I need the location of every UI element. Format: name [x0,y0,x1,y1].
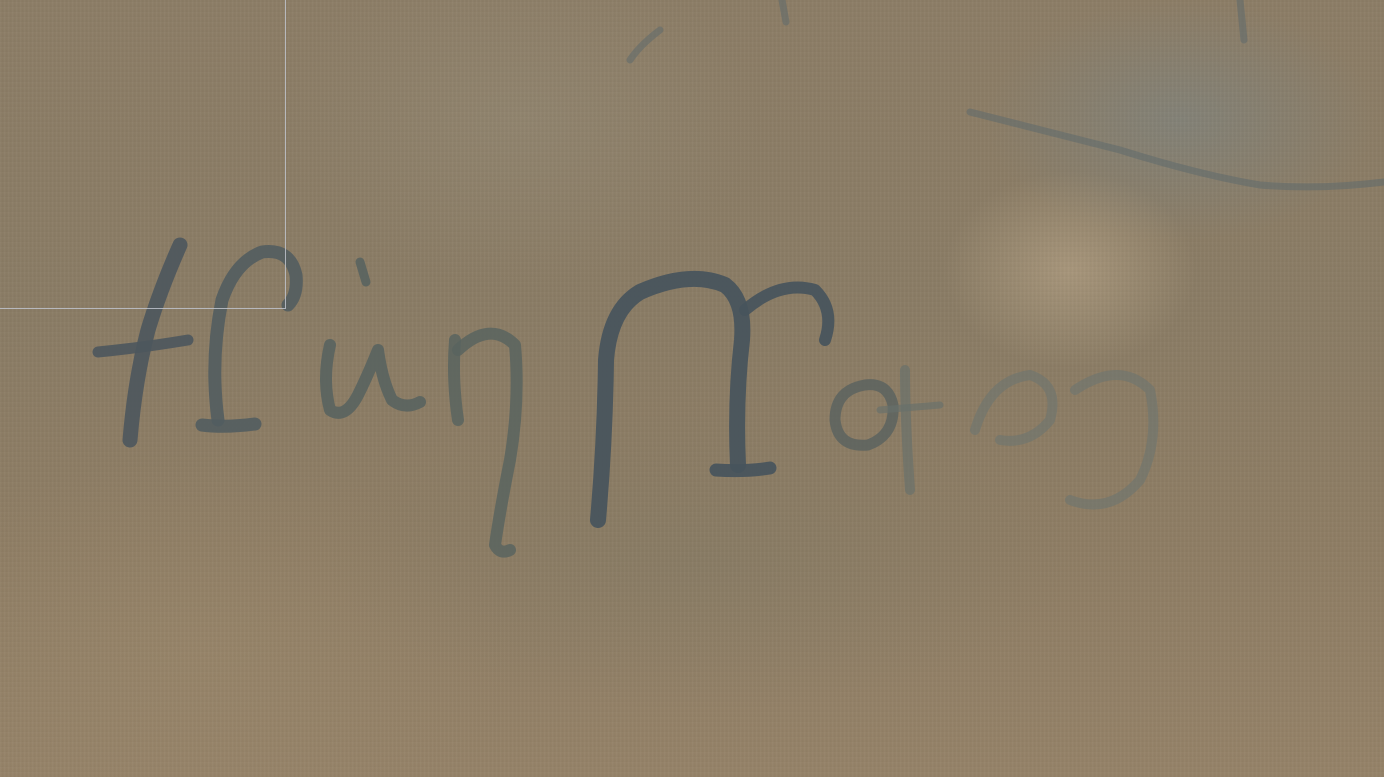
crosshair-vertical-line [285,0,286,308]
crosshair-horizontal-line [0,308,286,309]
letter-u [326,262,420,413]
handwriting-ink [0,0,1384,777]
letter-o [835,385,893,446]
letter-f [98,245,188,440]
letter-en [975,375,1153,505]
top-writing-fragments [630,0,1384,187]
letter-N-arch [598,279,828,520]
manuscript-photo: flün Noten Close-up photograph of a hist… [0,0,1384,777]
letter-n-descender [454,334,517,552]
letter-l [202,251,296,426]
